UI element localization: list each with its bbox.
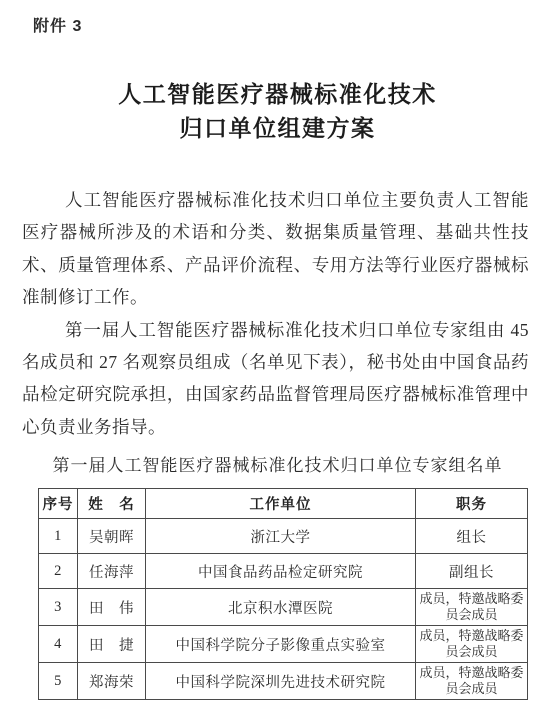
- table-caption: 第一届人工智能医疗器械标准化技术归口单位专家组名单: [0, 453, 555, 479]
- document-title-line2: 归口单位组建方案: [0, 112, 555, 146]
- paragraph-responsibilities: 人工智能医疗器械标准化技术归口单位主要负责人工智能医疗器械所涉及的术语和分类、数…: [22, 184, 529, 314]
- paragraph-composition: 第一届人工智能医疗器械标准化技术归口单位专家组由 45 名成员和 27 名观察员…: [22, 314, 529, 444]
- document-page: 附件 3 人工智能医疗器械标准化技术 归口单位组建方案 人工智能医疗器械标准化技…: [0, 0, 555, 715]
- cell-org: 中国食品药品检定研究院: [146, 554, 416, 589]
- document-title: 人工智能医疗器械标准化技术 归口单位组建方案: [0, 78, 555, 146]
- cell-no: 1: [39, 519, 78, 554]
- header-org: 工作单位: [146, 489, 416, 519]
- cell-role: 成员，特邀战略委员会成员: [416, 663, 528, 700]
- header-name: 姓 名: [78, 489, 146, 519]
- cell-no: 4: [39, 626, 78, 663]
- cell-role: 成员，特邀战略委员会成员: [416, 589, 528, 626]
- table-row: 4 田 捷 中国科学院分子影像重点实验室 成员，特邀战略委员会成员: [39, 626, 528, 663]
- header-role: 职务: [416, 489, 528, 519]
- cell-no: 5: [39, 663, 78, 700]
- table-header-row: 序号 姓 名 工作单位 职务: [39, 489, 528, 519]
- table-row: 3 田 伟 北京积水潭医院 成员，特邀战略委员会成员: [39, 589, 528, 626]
- cell-org: 北京积水潭医院: [146, 589, 416, 626]
- cell-role: 副组长: [416, 554, 528, 589]
- attachment-label: 附件 3: [33, 13, 82, 36]
- cell-org: 中国科学院分子影像重点实验室: [146, 626, 416, 663]
- cell-org: 浙江大学: [146, 519, 416, 554]
- cell-name: 田 伟: [78, 589, 146, 626]
- body-text: 人工智能医疗器械标准化技术归口单位主要负责人工智能医疗器械所涉及的术语和分类、数…: [22, 184, 529, 443]
- cell-no: 3: [39, 589, 78, 626]
- cell-role: 成员，特邀战略委员会成员: [416, 626, 528, 663]
- table-row: 1 吴朝晖 浙江大学 组长: [39, 519, 528, 554]
- cell-name: 任海萍: [78, 554, 146, 589]
- cell-name: 田 捷: [78, 626, 146, 663]
- table-row: 5 郑海荣 中国科学院深圳先进技术研究院 成员，特邀战略委员会成员: [39, 663, 528, 700]
- cell-no: 2: [39, 554, 78, 589]
- table-row: 2 任海萍 中国食品药品检定研究院 副组长: [39, 554, 528, 589]
- header-no: 序号: [39, 489, 78, 519]
- cell-name: 郑海荣: [78, 663, 146, 700]
- document-title-line1: 人工智能医疗器械标准化技术: [0, 78, 555, 112]
- cell-org: 中国科学院深圳先进技术研究院: [146, 663, 416, 700]
- expert-roster-table: 序号 姓 名 工作单位 职务 1 吴朝晖 浙江大学 组长 2 任海萍 中国食品药…: [38, 488, 528, 700]
- cell-role: 组长: [416, 519, 528, 554]
- cell-name: 吴朝晖: [78, 519, 146, 554]
